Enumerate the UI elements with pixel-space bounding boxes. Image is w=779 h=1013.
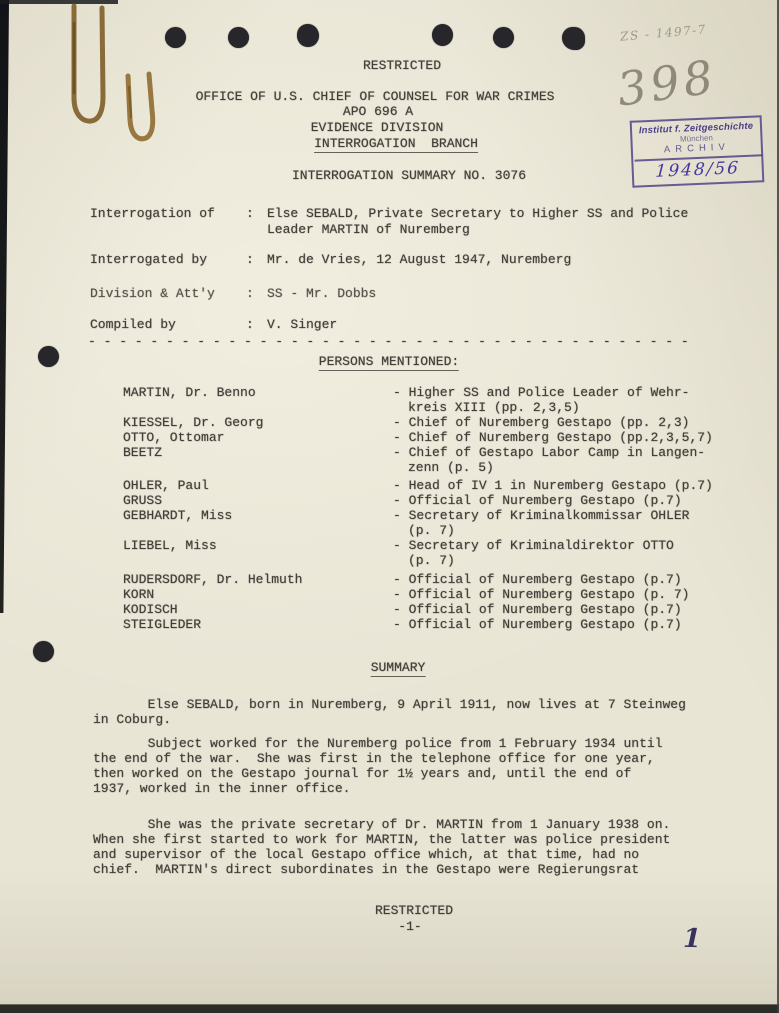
person-role: - Higher SS and Police Leader of Wehr- k… — [393, 385, 760, 415]
person-entry: BEETZ - Chief of Gestapo Labor Camp in L… — [0, 445, 760, 475]
person-entry: GRUSS - Official of Nuremberg Gestapo (p… — [0, 493, 760, 508]
scan-edge-bottom — [0, 1004, 779, 1013]
meta-value: SS - Mr. Dobbs — [267, 286, 376, 302]
person-name: OHLER, Paul — [123, 478, 209, 493]
punch-hole-icon — [33, 641, 54, 662]
person-name: KODISCH — [123, 602, 178, 617]
meta-label: Compiled by : — [90, 317, 254, 332]
person-role: - Official of Nuremberg Gestapo (p.7) — [393, 602, 760, 617]
person-entry: KIESSEL, Dr. Georg - Chief of Nuremberg … — [0, 415, 760, 430]
person-role: - Official of Nuremberg Gestapo (p.7) — [393, 572, 760, 587]
summary-paragraph: She was the private secretary of Dr. MAR… — [93, 817, 670, 877]
person-entry: STEIGLEDER - Official of Nuremberg Gesta… — [0, 617, 760, 632]
punch-hole-icon — [165, 27, 186, 48]
person-name: STEIGLEDER — [123, 617, 201, 632]
stamp-accession-number: 1948/56 — [633, 154, 763, 185]
summary-paragraph: Subject worked for the Nuremberg police … — [93, 736, 663, 796]
punch-hole-icon — [493, 27, 514, 48]
page-number: -1- — [398, 919, 421, 934]
archive-stamp: Institut f. Zeitgeschichte München ARCHI… — [630, 115, 765, 187]
paperclip-rust-mark-icon — [58, 2, 168, 152]
person-name: KIESSEL, Dr. Georg — [123, 415, 263, 430]
persons-mentioned-heading: PERSONS MENTIONED: — [319, 354, 459, 371]
meta-label: Interrogation of : — [90, 206, 254, 221]
person-role: - Secretary of Kriminalkommissar OHLER (… — [393, 508, 760, 538]
classification-top: RESTRICTED — [363, 58, 441, 73]
meta-value: Else SEBALD, Private Secretary to Higher… — [267, 206, 688, 237]
pencil-number-note: 398 — [614, 49, 720, 116]
person-role: - Official of Nuremberg Gestapo (p.7) — [393, 493, 760, 508]
person-name: RUDERSDORF, Dr. Helmuth — [123, 572, 302, 587]
person-name: LIEBEL, Miss — [123, 538, 217, 553]
dashed-separator: - - - - - - - - - - - - - - - - - - - - … — [88, 334, 697, 349]
punch-hole-icon — [297, 24, 319, 47]
office-line: OFFICE OF U.S. CHIEF OF COUNSEL FOR WAR … — [196, 89, 555, 104]
person-name: OTTO, Ottomar — [123, 430, 224, 445]
person-entry: MARTIN, Dr. Benno - Higher SS and Police… — [0, 385, 760, 415]
meta-label: Division & Att'y : — [90, 286, 254, 301]
person-role: - Chief of Nuremberg Gestapo (pp.2,3,5,7… — [393, 430, 760, 445]
persons-list: MARTIN, Dr. Benno - Higher SS and Police… — [0, 385, 760, 632]
scanned-page: { "annotations": { "pencil_ref": "ZS - 1… — [0, 0, 779, 1013]
punch-hole-icon — [562, 27, 585, 50]
meta-value: Mr. de Vries, 12 August 1947, Nuremberg — [267, 252, 571, 268]
division-line: EVIDENCE DIVISION — [311, 120, 444, 135]
summary-number-line: INTERROGATION SUMMARY NO. 3076 — [292, 168, 526, 183]
person-entry: GEBHARDT, Miss - Secretary of Kriminalko… — [0, 508, 760, 538]
summary-paragraph: Else SEBALD, born in Nuremberg, 9 April … — [93, 697, 686, 727]
person-role: - Official of Nuremberg Gestapo (p. 7) — [393, 587, 760, 602]
ink-page-number-note: 1 — [683, 924, 702, 954]
person-role: - Official of Nuremberg Gestapo (p.7) — [393, 617, 760, 632]
meta-value: V. Singer — [267, 317, 337, 333]
person-entry: RUDERSDORF, Dr. Helmuth - Official of Nu… — [0, 572, 760, 587]
person-name: KORN — [123, 587, 154, 602]
person-name: GRUSS — [123, 493, 162, 508]
person-role: - Secretary of Kriminaldirektor OTTO (p.… — [393, 538, 760, 568]
pencil-reference-note: ZS - 1497-7 — [620, 22, 708, 44]
summary-heading: SUMMARY — [371, 660, 426, 677]
person-entry: OHLER, Paul - Head of IV 1 in Nuremberg … — [0, 478, 760, 493]
person-role: - Head of IV 1 in Nuremberg Gestapo (p.7… — [393, 478, 760, 493]
punch-hole-icon — [432, 24, 453, 46]
person-name: BEETZ — [123, 445, 162, 460]
person-role: - Chief of Nuremberg Gestapo (pp. 2,3) — [393, 415, 760, 430]
apo-line: APO 696 A — [343, 104, 413, 119]
person-entry: LIEBEL, Miss - Secretary of Kriminaldire… — [0, 538, 760, 568]
punch-hole-icon — [38, 346, 59, 367]
meta-label: Interrogated by : — [90, 252, 254, 267]
punch-hole-icon — [228, 27, 249, 48]
person-role: - Chief of Gestapo Labor Camp in Langen-… — [393, 445, 760, 475]
person-name: MARTIN, Dr. Benno — [123, 385, 256, 400]
person-name: GEBHARDT, Miss — [123, 508, 232, 523]
branch-line: INTERROGATION BRANCH — [314, 136, 478, 153]
person-entry: KODISCH - Official of Nuremberg Gestapo … — [0, 602, 760, 617]
person-entry: KORN - Official of Nuremberg Gestapo (p.… — [0, 587, 760, 602]
classification-bottom: RESTRICTED — [375, 903, 453, 918]
person-entry: OTTO, Ottomar - Chief of Nuremberg Gesta… — [0, 430, 760, 445]
